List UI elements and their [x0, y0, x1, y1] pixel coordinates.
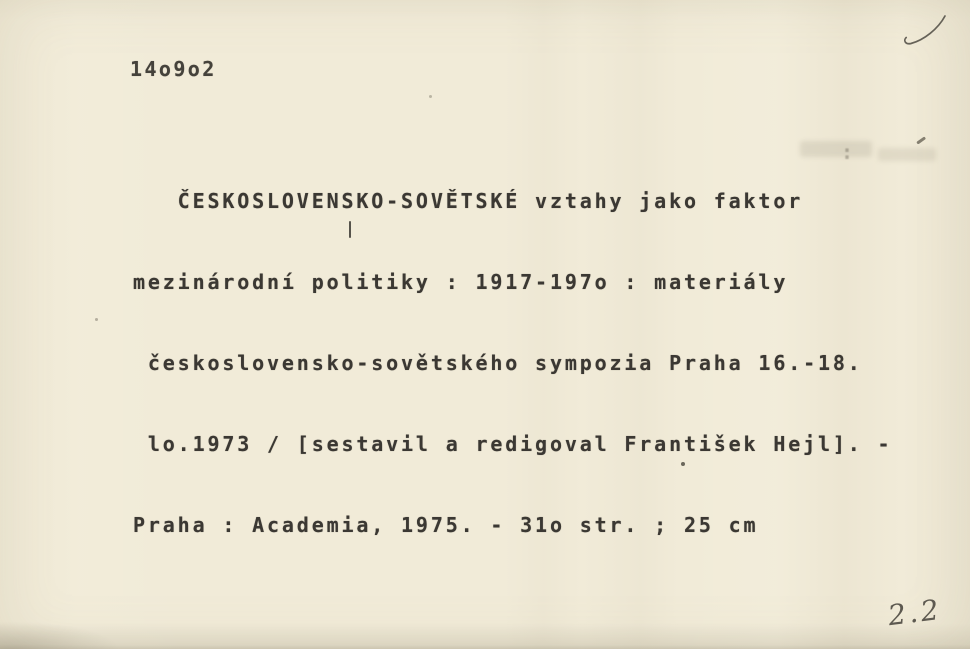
ink-smudge [878, 148, 936, 161]
ink-speck [681, 462, 685, 466]
entry-line-editor: lo.1973 / [sestavil a redigoval Františe… [133, 431, 892, 458]
ink-speck [429, 95, 432, 98]
call-number: 14o9o2 [130, 57, 217, 81]
scan-shadow [0, 621, 120, 649]
catalog-card: 14o9o2 ČESKOSLOVENSKO-SOVĚTSKÉ vztahy ja… [0, 0, 970, 649]
erased-character-ghost: : [841, 140, 853, 164]
bibliographic-entry: ČESKOSLOVENSKO-SOVĚTSKÉ vztahy jako fakt… [133, 134, 892, 593]
entry-line-title: ČESKOSLOVENSKO-SOVĚTSKÉ vztahy jako fakt… [133, 188, 892, 215]
entry-line-imprint: Praha : Academia, 1975. - 31o str. ; 25 … [133, 512, 892, 539]
entry-line-subtitle: mezinárodní politiky : 1917-197o : mater… [133, 269, 892, 296]
ink-smudge [800, 141, 872, 157]
pen-tick-mark [916, 136, 926, 144]
ink-speck [95, 318, 98, 321]
handwritten-number: 2.2 [886, 593, 943, 632]
entry-line-symposium: československo-sovětského sympozia Praha… [133, 350, 892, 377]
checkmark-icon [878, 8, 958, 60]
